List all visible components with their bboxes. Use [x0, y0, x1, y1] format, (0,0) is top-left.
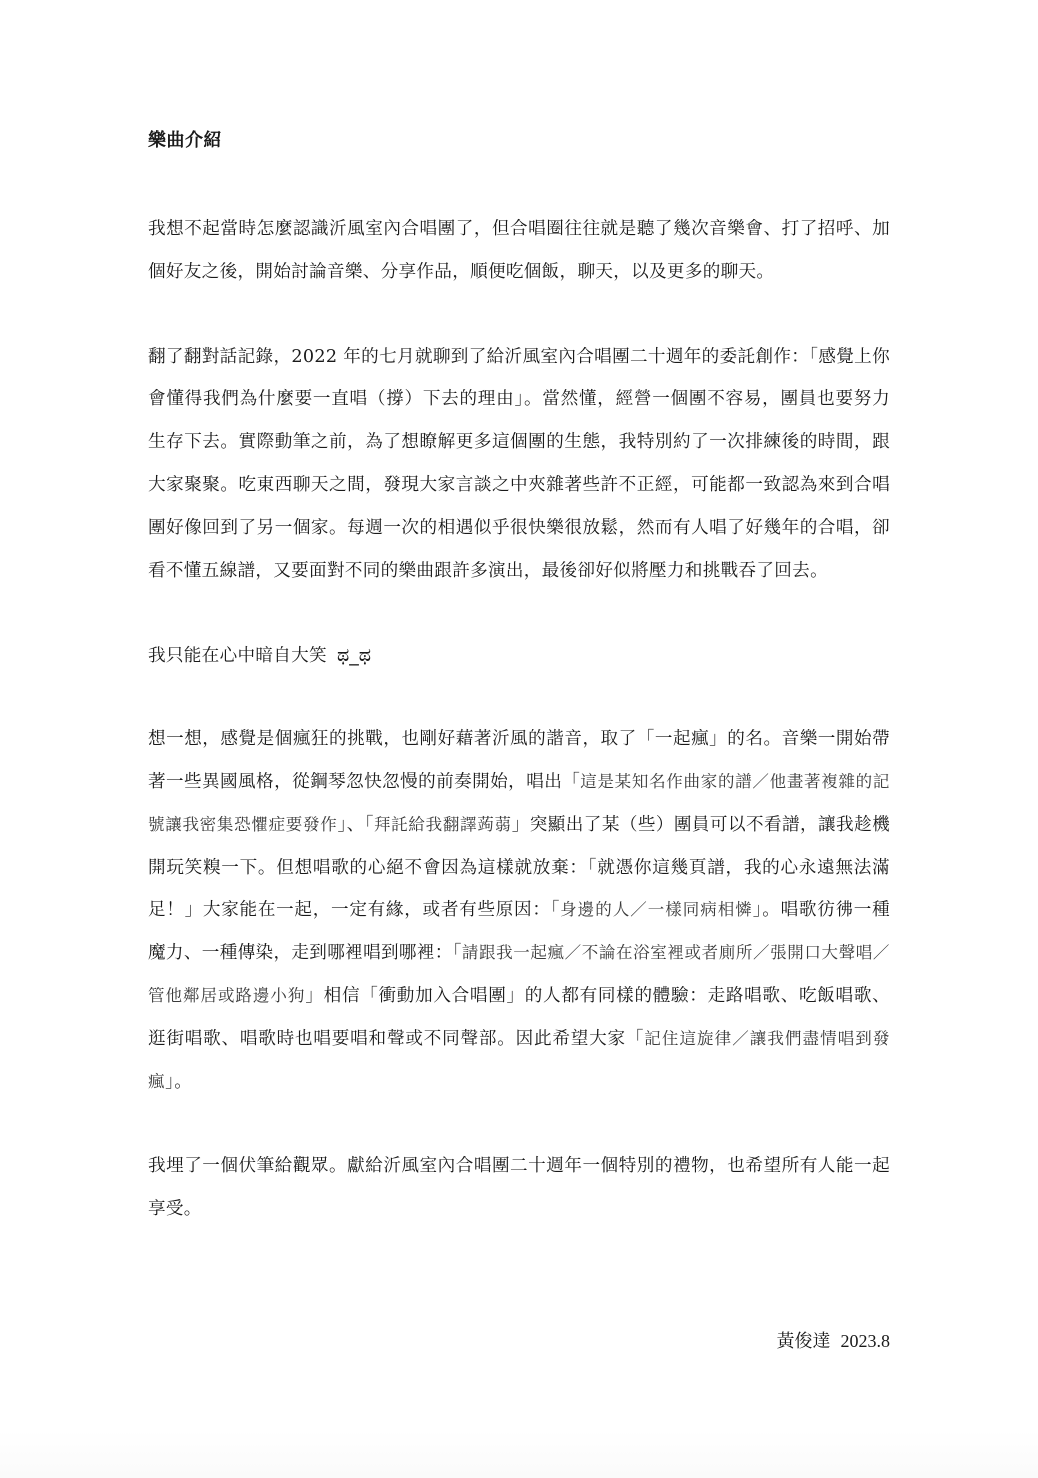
paragraph-closing: 我埋了一個伏筆給觀眾。獻給沂風室內合唱團二十週年一個特別的禮物，也希望所有人能一…: [148, 1145, 890, 1231]
document-body: 樂曲介紹 我想不起當時怎麼認識沂風室內合唱團了，但合唱圈往往就是聽了幾次音樂會、…: [148, 123, 890, 1273]
lyric-quote: 身邊的人／一樣同病相憐: [560, 900, 753, 919]
paragraph-text: 我只能在心中暗自大笑: [148, 646, 327, 666]
paragraph-text: 翻了翻對話記錄，2022 年的七月就聊到了給沂風室內合唱團二十週年的委託創作：「…: [148, 347, 890, 581]
paragraph-laugh: 我只能在心中暗自大笑ಥ_ಥ: [148, 634, 890, 678]
paragraph-commission: 翻了翻對話記錄，2022 年的七月就聊到了給沂風室內合唱團二十週年的委託創作：「…: [148, 336, 890, 593]
lyric-quote: 拜託給我翻譯蒟蒻: [374, 815, 512, 834]
paragraph-music-description: 想一想，感覺是個瘋狂的挑戰，也剛好藉著沂風的諧音，取了「一起瘋」的名。音樂一開始…: [148, 718, 890, 1103]
paragraph-intro: 我想不起當時怎麼認識沂風室內合唱團了，但合唱圈往往就是聽了幾次音樂會、打了招呼、…: [148, 208, 890, 294]
author-name: 黃俊達: [777, 1331, 831, 1352]
paragraph-text: 」。: [165, 1072, 192, 1092]
paragraph-text: 我想不起當時怎麼認識沂風室內合唱團了，但合唱圈往往就是聽了幾次音樂會、打了招呼、…: [148, 219, 890, 282]
crying-emoticon: ಥ_ಥ: [337, 644, 371, 666]
paragraph-text: 」、「: [337, 815, 373, 835]
signature: 黃俊達2023.8: [777, 1323, 891, 1360]
paragraph-text: 我埋了一個伏筆給觀眾。獻給沂風室內合唱團二十週年一個特別的禮物，也希望所有人能一…: [148, 1156, 890, 1219]
document-heading: 樂曲介紹: [148, 123, 890, 159]
signature-date: 2023.8: [841, 1331, 891, 1351]
